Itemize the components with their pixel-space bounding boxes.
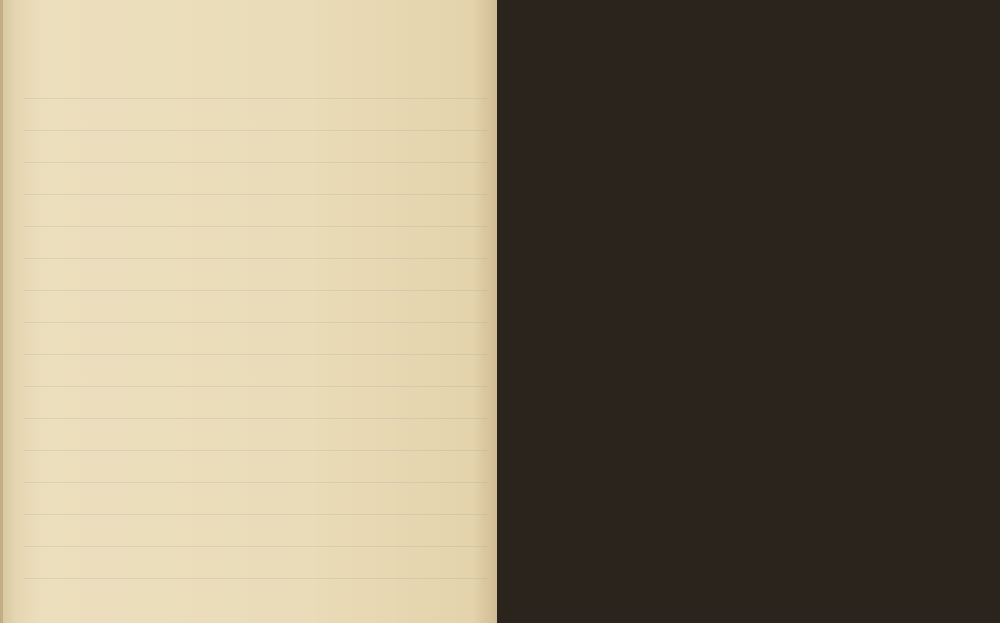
ruled-line	[23, 514, 487, 515]
ruled-line	[23, 354, 487, 355]
ruled-line	[23, 162, 487, 163]
ruled-line	[23, 130, 487, 131]
ruled-line	[23, 450, 487, 451]
ruled-line	[23, 98, 487, 99]
ruled-line	[23, 290, 487, 291]
ruled-line	[23, 482, 487, 483]
ruled-line	[23, 418, 487, 419]
notebook-spread	[0, 0, 1000, 623]
ruled-line	[23, 546, 487, 547]
ruled-line	[23, 226, 487, 227]
ruled-line	[23, 322, 487, 323]
ruled-line	[23, 258, 487, 259]
ruled-line	[23, 386, 487, 387]
ruled-line	[23, 578, 487, 579]
left-page	[0, 0, 497, 623]
ruled-line	[23, 194, 487, 195]
